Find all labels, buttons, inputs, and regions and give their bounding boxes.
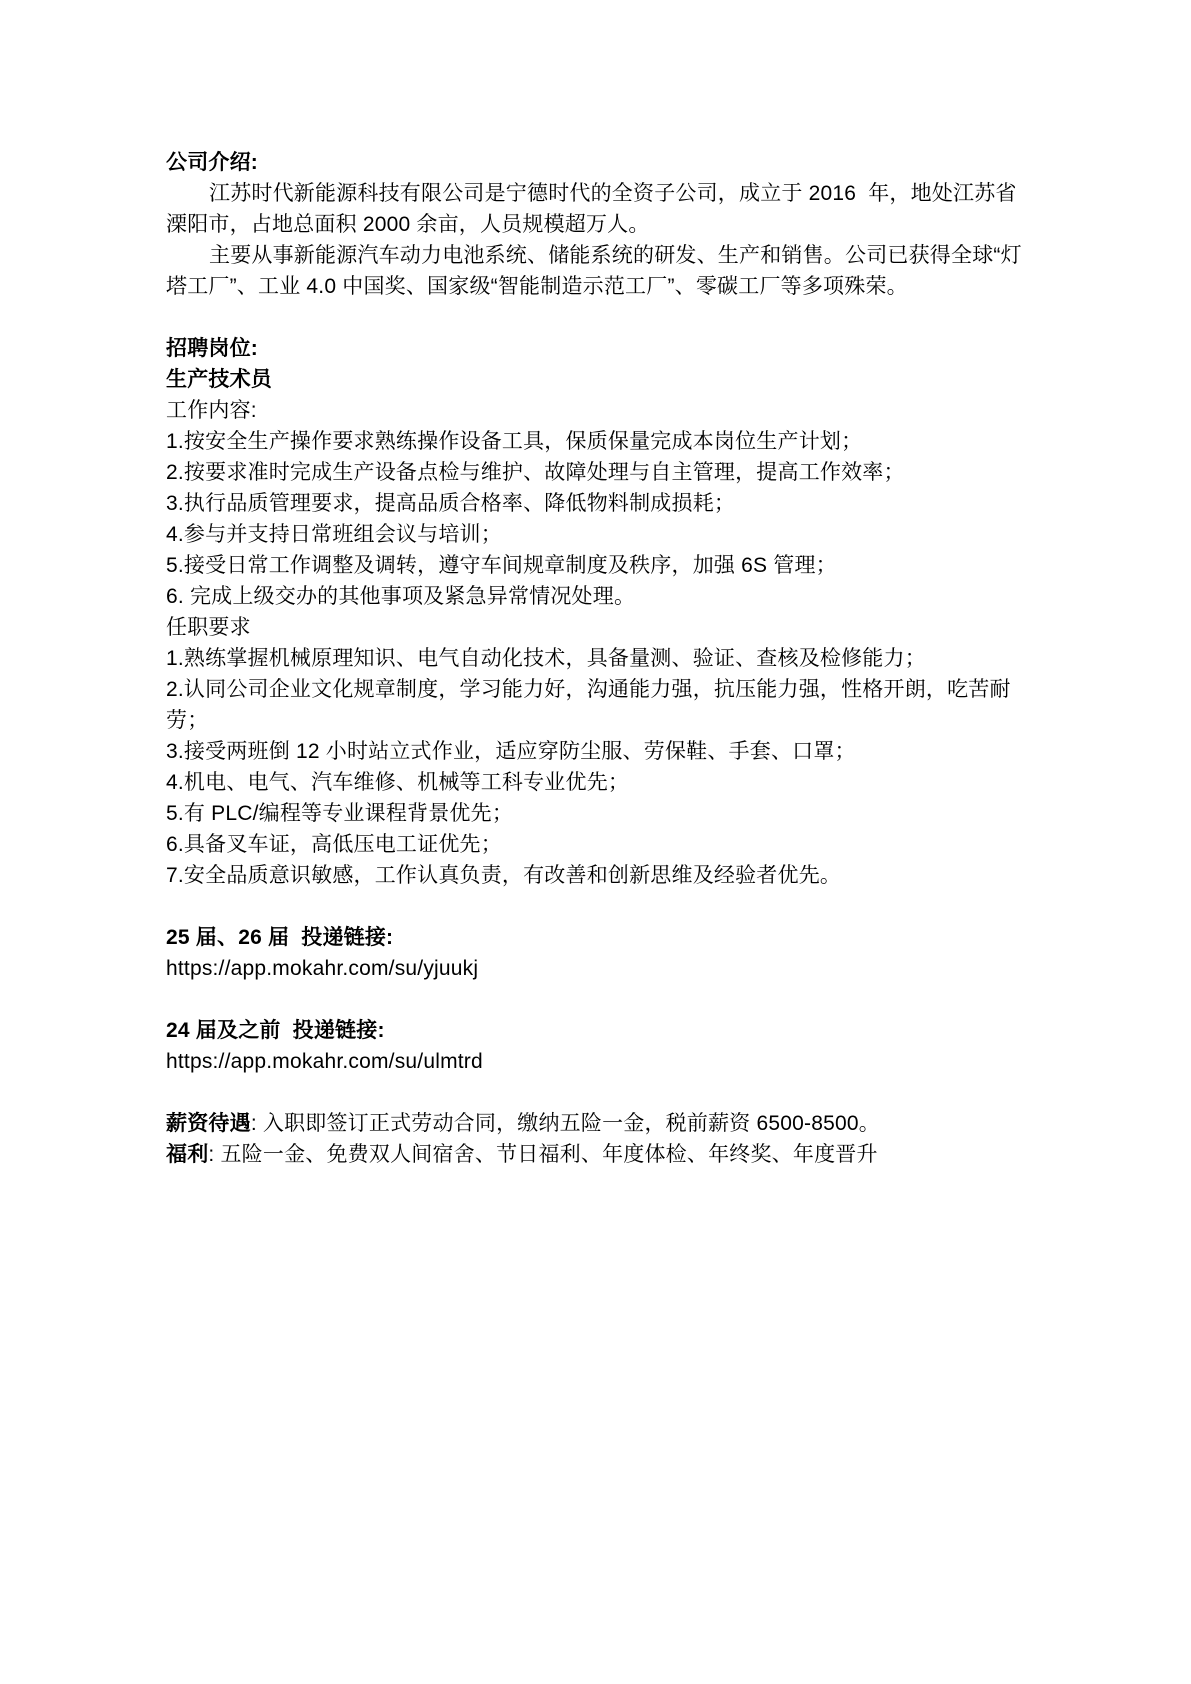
benefits-line: 福利: 五险一金、免费双人间宿舍、节日福利、年度体检、年终奖、年度晋升 (166, 1139, 1038, 1170)
blank-line (166, 891, 1038, 922)
application-url-24-earlier-seg-0: https://app.mokahr.com/su/ulmtrd (166, 1050, 483, 1073)
job-duty-item-4: 4.参与并支持日常班组会议与培训； (166, 519, 1038, 550)
heading-application-link-24-earlier-seg-0: 24 届及之前 投递链接: (166, 1019, 385, 1042)
job-duty-item-4-seg-0: 4.参与并支持日常班组会议与培训； (166, 523, 502, 546)
job-requirement-item-3: 3.接受两班倒 12 小时站立式作业，适应穿防尘服、劳保鞋、手套、口罩； (166, 736, 1038, 767)
job-duty-item-2: 2.按要求准时完成生产设备点检与维护、故障处理与自主管理，提高工作效率； (166, 457, 1038, 488)
job-requirement-item-7-seg-0: 7.安全品质意识敏感，工作认真负责，有改善和创新思维及经验者优先。 (166, 864, 841, 887)
subheading-job-requirements: 任职要求 (166, 612, 1038, 643)
job-requirement-item-2-cont-seg-0: 劳； (166, 709, 208, 732)
blank-line (166, 302, 1038, 333)
job-requirement-item-7: 7.安全品质意识敏感，工作认真负责，有改善和创新思维及经验者优先。 (166, 860, 1038, 891)
document-content: 公司介绍:江苏时代新能源科技有限公司是宁德时代的全资子公司，成立于 2016 年… (166, 147, 1038, 1170)
job-duty-item-3: 3.执行品质管理要求，提高品质合格率、降低物料制成损耗； (166, 488, 1038, 519)
application-url-25-26-seg-0: https://app.mokahr.com/su/yjuukj (166, 957, 478, 980)
benefits-line-seg-1: : 五险一金、免费双人间宿舍、节日福利、年度体检、年终奖、年度晋升 (208, 1143, 877, 1166)
company-intro-line-2-seg-0: 溧阳市，占地总面积 2000 余亩，人员规模超万人。 (166, 213, 650, 236)
heading-application-link-24-earlier: 24 届及之前 投递链接: (166, 1015, 1038, 1046)
company-intro-line-2: 溧阳市，占地总面积 2000 余亩，人员规模超万人。 (166, 209, 1038, 240)
job-requirement-item-4: 4.机电、电气、汽车维修、机械等工科专业优先； (166, 767, 1038, 798)
job-requirement-item-5: 5.有 PLC/编程等专业课程背景优先； (166, 798, 1038, 829)
job-requirement-item-1-seg-0: 1.熟练掌握机械原理知识、电气自动化技术，具备量测、验证、查核及检修能力； (166, 647, 926, 670)
position-title-seg-0: 生产技术员 (166, 368, 272, 391)
blank-line (166, 984, 1038, 1015)
application-url-24-earlier[interactable]: https://app.mokahr.com/su/ulmtrd (166, 1046, 1038, 1077)
job-requirement-item-1: 1.熟练掌握机械原理知识、电气自动化技术，具备量测、验证、查核及检修能力； (166, 643, 1038, 674)
company-intro-line-3-seg-0: 主要从事新能源汽车动力电池系统、储能系统的研发、生产和销售。公司已获得全球“灯 (209, 244, 1022, 267)
job-duty-item-1-seg-0: 1.按安全生产操作要求熟练操作设备工具，保质保量完成本岗位生产计划； (166, 430, 862, 453)
heading-recruitment-positions: 招聘岗位: (166, 333, 1038, 364)
heading-company-intro: 公司介绍: (166, 147, 1038, 178)
job-requirement-item-3-seg-0: 3.接受两班倒 12 小时站立式作业，适应穿防尘服、劳保鞋、手套、口罩； (166, 740, 856, 763)
salary-line: 薪资待遇: 入职即签订正式劳动合同，缴纳五险一金，税前薪资 6500-8500。 (166, 1108, 1038, 1139)
subheading-job-duties: 工作内容: (166, 395, 1038, 426)
heading-company-intro-seg-0: 公司介绍: (166, 151, 258, 174)
company-intro-line-1-seg-0: 江苏时代新能源科技有限公司是宁德时代的全资子公司，成立于 2016 年，地处江苏… (209, 182, 1017, 205)
company-intro-line-1: 江苏时代新能源科技有限公司是宁德时代的全资子公司，成立于 2016 年，地处江苏… (166, 178, 1038, 209)
company-intro-line-3: 主要从事新能源汽车动力电池系统、储能系统的研发、生产和销售。公司已获得全球“灯 (166, 240, 1038, 271)
position-title: 生产技术员 (166, 364, 1038, 395)
job-requirement-item-4-seg-0: 4.机电、电气、汽车维修、机械等工科专业优先； (166, 771, 629, 794)
job-duty-item-1: 1.按安全生产操作要求熟练操作设备工具，保质保量完成本岗位生产计划； (166, 426, 1038, 457)
job-requirement-item-2-cont: 劳； (166, 705, 1038, 736)
benefits-line-seg-0: 福利 (166, 1143, 208, 1166)
job-duty-item-6-seg-0: 6. 完成上级交办的其他事项及紧急异常情况处理。 (166, 585, 635, 608)
job-duty-item-6: 6. 完成上级交办的其他事项及紧急异常情况处理。 (166, 581, 1038, 612)
salary-line-seg-1: : 入职即签订正式劳动合同，缴纳五险一金，税前薪资 6500-8500。 (251, 1112, 880, 1135)
document-page: 公司介绍:江苏时代新能源科技有限公司是宁德时代的全资子公司，成立于 2016 年… (0, 0, 1191, 1684)
blank-line (166, 1077, 1038, 1108)
application-url-25-26[interactable]: https://app.mokahr.com/su/yjuukj (166, 953, 1038, 984)
company-intro-line-4: 塔工厂”、工业 4.0 中国奖、国家级“智能制造示范工厂”、零碳工厂等多项殊荣。 (166, 271, 1038, 302)
job-duty-item-5: 5.接受日常工作调整及调转，遵守车间规章制度及秩序，加强 6S 管理； (166, 550, 1038, 581)
job-requirement-item-6-seg-0: 6.具备叉车证，高低压电工证优先； (166, 833, 502, 856)
job-requirement-item-6: 6.具备叉车证，高低压电工证优先； (166, 829, 1038, 860)
subheading-job-requirements-seg-0: 任职要求 (166, 616, 251, 639)
job-duty-item-2-seg-0: 2.按要求准时完成生产设备点检与维护、故障处理与自主管理，提高工作效率； (166, 461, 905, 484)
salary-line-seg-0: 薪资待遇 (166, 1112, 251, 1135)
heading-application-link-25-26: 25 届、26 届 投递链接: (166, 922, 1038, 953)
heading-recruitment-positions-seg-0: 招聘岗位: (166, 337, 258, 360)
company-intro-line-4-seg-0: 塔工厂”、工业 4.0 中国奖、国家级“智能制造示范工厂”、零碳工厂等多项殊荣。 (166, 275, 908, 298)
job-requirement-item-2: 2.认同公司企业文化规章制度，学习能力好，沟通能力强，抗压能力强，性格开朗，吃苦… (166, 674, 1038, 705)
job-duty-item-3-seg-0: 3.执行品质管理要求，提高品质合格率、降低物料制成损耗； (166, 492, 735, 515)
job-requirement-item-2-seg-0: 2.认同公司企业文化规章制度，学习能力好，沟通能力强，抗压能力强，性格开朗，吃苦… (166, 678, 1011, 701)
job-requirement-item-5-seg-0: 5.有 PLC/编程等专业课程背景优先； (166, 802, 513, 825)
heading-application-link-25-26-seg-0: 25 届、26 届 投递链接: (166, 926, 393, 949)
subheading-job-duties-seg-0: 工作内容: (166, 399, 257, 422)
job-duty-item-5-seg-0: 5.接受日常工作调整及调转，遵守车间规章制度及秩序，加强 6S 管理； (166, 554, 837, 577)
